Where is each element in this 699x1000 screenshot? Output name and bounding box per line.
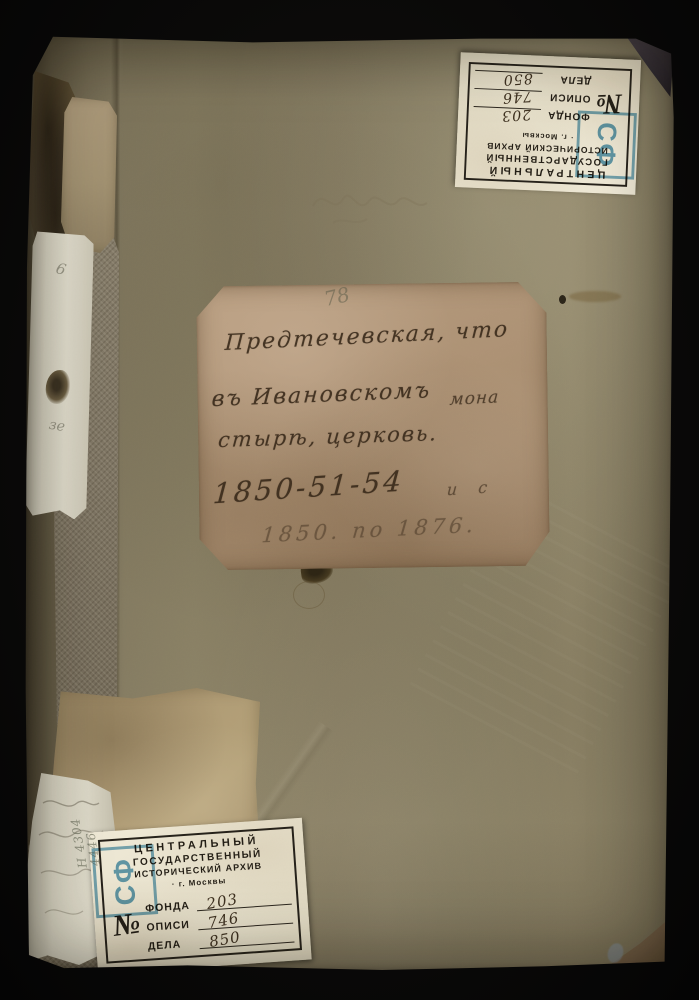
photo-stage: 6 зе 78 Предтечевская, что в bbox=[0, 0, 699, 1000]
stamp-field-rows: ФОНДА 203 ОПИСИ 746 ДЕЛА 850 bbox=[473, 70, 592, 129]
title-line-3: стырѣ, церковь. bbox=[217, 421, 439, 452]
book-cover: 6 зе 78 Предтечевская, что в bbox=[25, 33, 675, 971]
blue-stamp-text: СФ bbox=[590, 122, 622, 169]
title-line-2: въ Ивановскомъ bbox=[211, 378, 432, 412]
white-paper-strip: 6 зе bbox=[25, 231, 94, 519]
delo-number: 850 bbox=[208, 927, 242, 950]
stamp-paper: ЦЕНТРАЛЬНЫЙ ГОСУДАРСТВЕННЫЙ ИСТОРИЧЕСКИЙ… bbox=[455, 53, 641, 195]
stamp-paper: ЦЕНТРАЛЬНЫЙ ГОСУДАРСТВЕННЫЙ ИСТОРИЧЕСКИЙ… bbox=[88, 818, 311, 974]
dates-main: 1850-51-54 bbox=[212, 464, 405, 510]
archive-stamp-label-bottom: ЦЕНТРАЛЬНЫЙ ГОСУДАРСТВЕННЫЙ ИСТОРИЧЕСКИЙ… bbox=[88, 818, 311, 974]
delo-number: 850 bbox=[502, 70, 533, 89]
strip-pencil-mark-mid: зе bbox=[48, 417, 66, 435]
paper-tear-hole bbox=[45, 370, 70, 404]
stamp-field-rows: ФОНДА 203 ОПИСИ 746 ДЕЛА 850 bbox=[144, 885, 294, 952]
blue-stamp-text: СФ bbox=[107, 856, 142, 906]
dates-line-2: 1850. по 1876. bbox=[260, 513, 478, 548]
delo-underline: 850 bbox=[474, 70, 542, 92]
title-line-2-right: мона bbox=[449, 387, 500, 410]
faint-erased-writing bbox=[303, 161, 453, 239]
strip-pencil-mark-top: 6 bbox=[54, 259, 68, 279]
dark-speck bbox=[559, 295, 566, 304]
blue-ink-stamp: СФ bbox=[575, 111, 637, 180]
delo-label: ДЕЛА bbox=[542, 73, 592, 87]
pencil-mark: 78 bbox=[322, 282, 352, 311]
opis-label: ОПИСИ bbox=[541, 91, 591, 105]
archive-stamp-label-top: ЦЕНТРАЛЬНЫЙ ГОСУДАРСТВЕННЫЙ ИСТОРИЧЕСКИЙ… bbox=[455, 53, 641, 195]
blue-ink-stamp: СФ bbox=[91, 844, 158, 918]
handwritten-title-label: 78 Предтечевская, что въ Ивановскомъ мон… bbox=[196, 282, 550, 571]
delo-label: ДЕЛА bbox=[147, 937, 200, 953]
title-line-1: Предтечевская, что bbox=[224, 317, 510, 356]
stain-ring bbox=[293, 581, 325, 609]
brown-smear bbox=[569, 291, 621, 302]
torn-paper-remnant-tan bbox=[61, 97, 117, 253]
dates-suffix: и с bbox=[446, 477, 496, 499]
delo-row: ДЕЛА 850 bbox=[474, 70, 591, 93]
